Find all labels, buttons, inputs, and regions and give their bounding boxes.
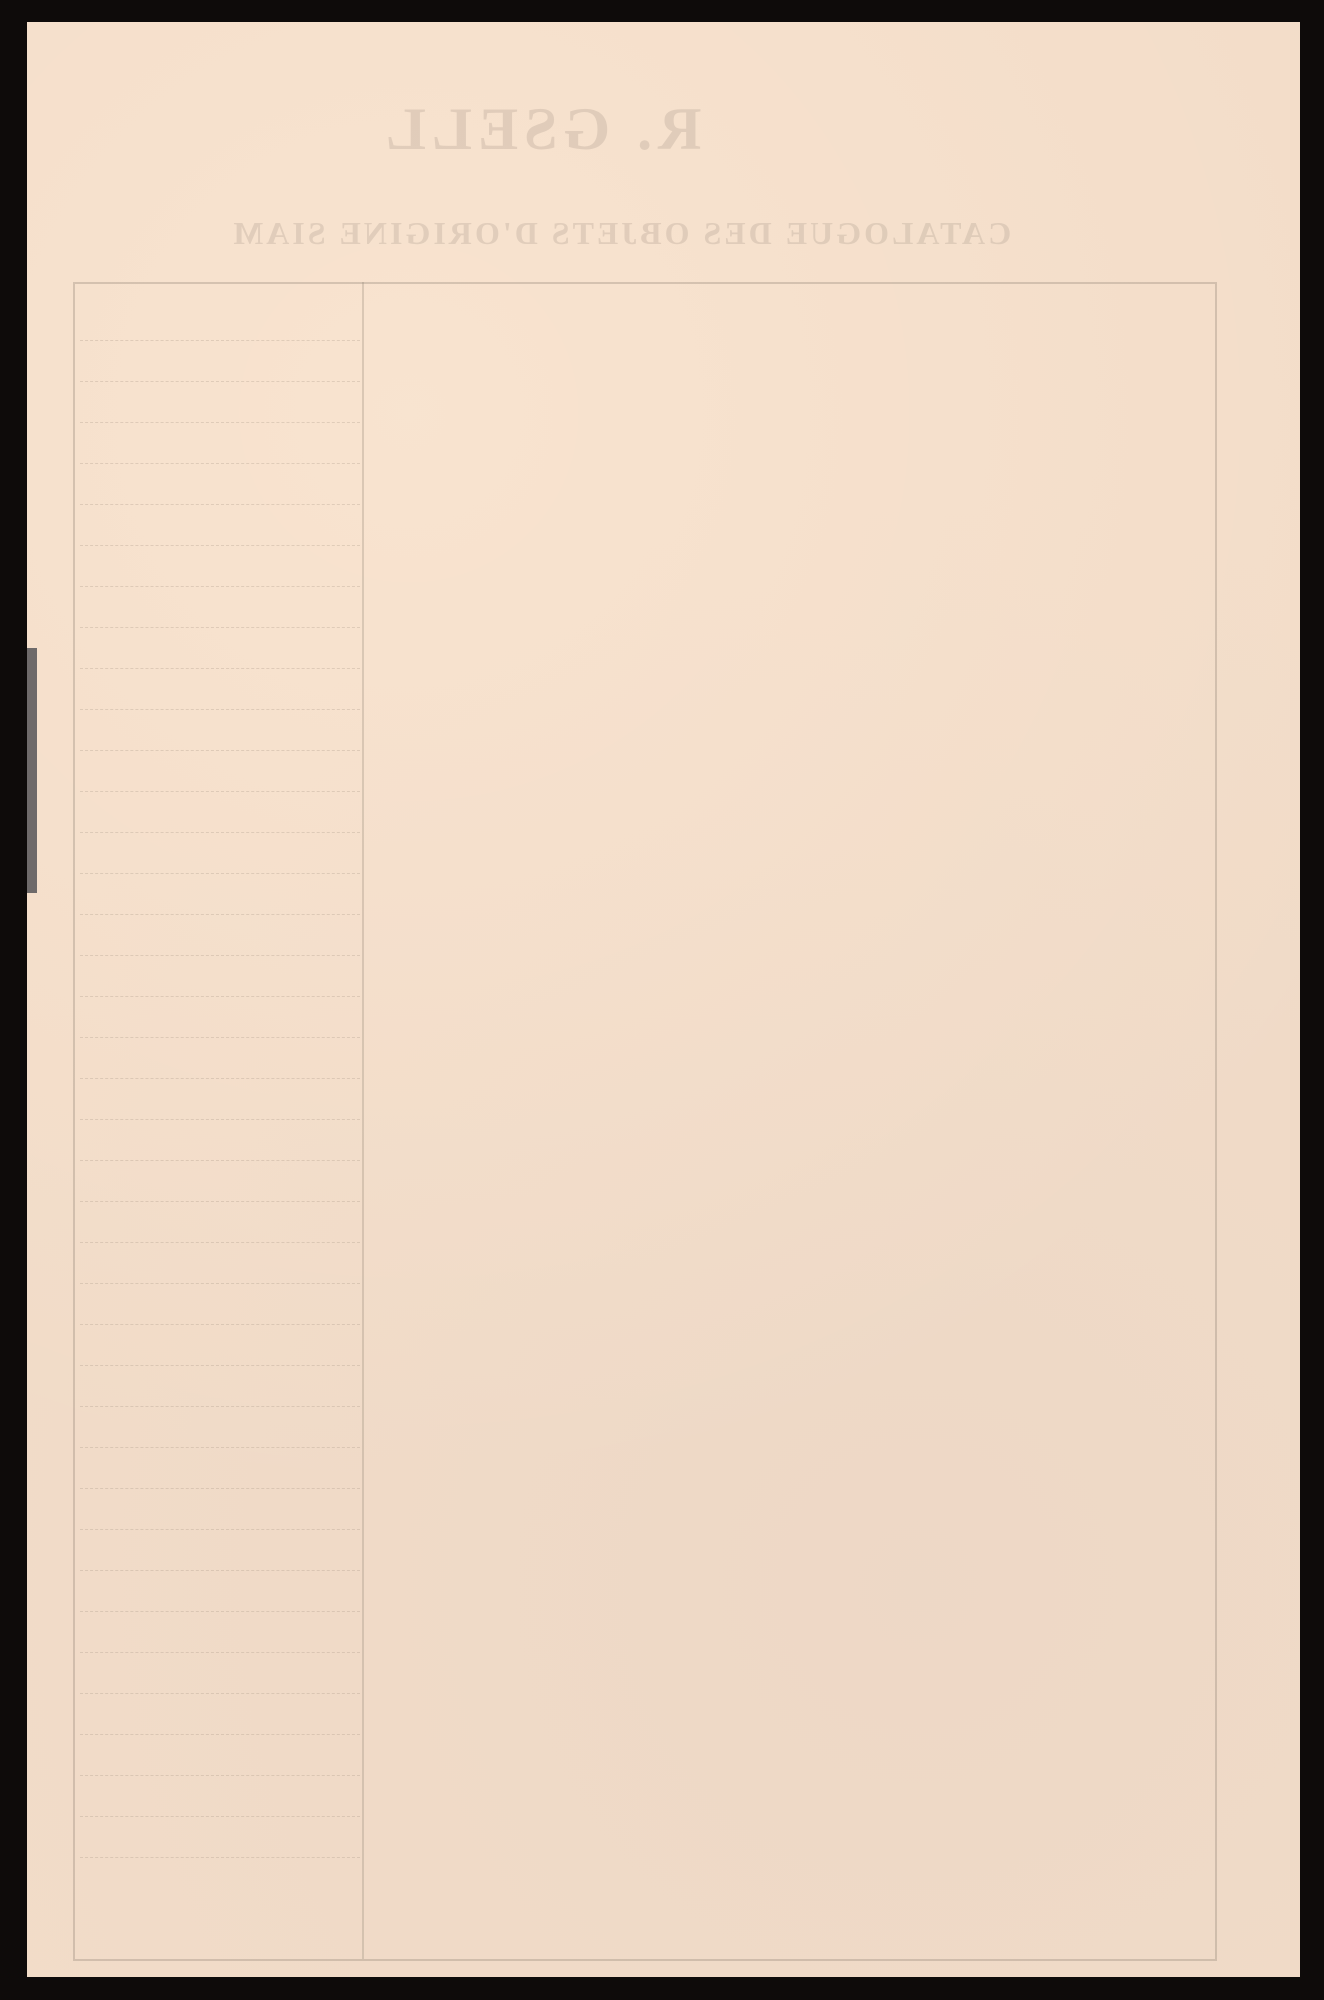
left-column-rows xyxy=(80,300,360,1858)
faint-row xyxy=(80,505,360,546)
faint-row xyxy=(80,915,360,956)
faint-row xyxy=(80,1407,360,1448)
faint-row xyxy=(80,1653,360,1694)
faint-row xyxy=(80,1120,360,1161)
faint-row xyxy=(80,833,360,874)
faint-row xyxy=(80,1571,360,1612)
faint-row xyxy=(80,1366,360,1407)
faint-row xyxy=(80,382,360,423)
faint-row xyxy=(80,956,360,997)
column-divider xyxy=(362,282,364,1959)
faint-row xyxy=(80,300,360,341)
faint-row xyxy=(80,1694,360,1735)
faint-row xyxy=(80,1776,360,1817)
faint-row xyxy=(80,1079,360,1120)
faint-row xyxy=(80,1284,360,1325)
faint-row xyxy=(80,669,360,710)
faint-row xyxy=(80,1161,360,1202)
faint-row xyxy=(80,997,360,1038)
faint-row xyxy=(80,1530,360,1571)
faint-row xyxy=(80,710,360,751)
faint-row xyxy=(80,1325,360,1366)
faint-row xyxy=(80,341,360,382)
bleed-through-subtitle: CATALOGUE DES OBJETS D'ORIGINE SIAM xyxy=(230,215,1011,252)
bleed-through-title: R. GSELL xyxy=(380,95,701,164)
faint-row xyxy=(80,792,360,833)
faint-row xyxy=(80,423,360,464)
faint-row xyxy=(80,464,360,505)
faint-row xyxy=(80,1612,360,1653)
faint-row xyxy=(80,874,360,915)
faint-row xyxy=(80,1448,360,1489)
binding-tab xyxy=(27,648,37,893)
faint-row xyxy=(80,1489,360,1530)
faint-row xyxy=(80,1038,360,1079)
faint-row xyxy=(80,1735,360,1776)
faint-row xyxy=(80,546,360,587)
faint-row xyxy=(80,628,360,669)
faint-row xyxy=(80,1243,360,1284)
faint-row xyxy=(80,1202,360,1243)
faint-row xyxy=(80,751,360,792)
faint-row xyxy=(80,587,360,628)
faint-row xyxy=(80,1817,360,1858)
